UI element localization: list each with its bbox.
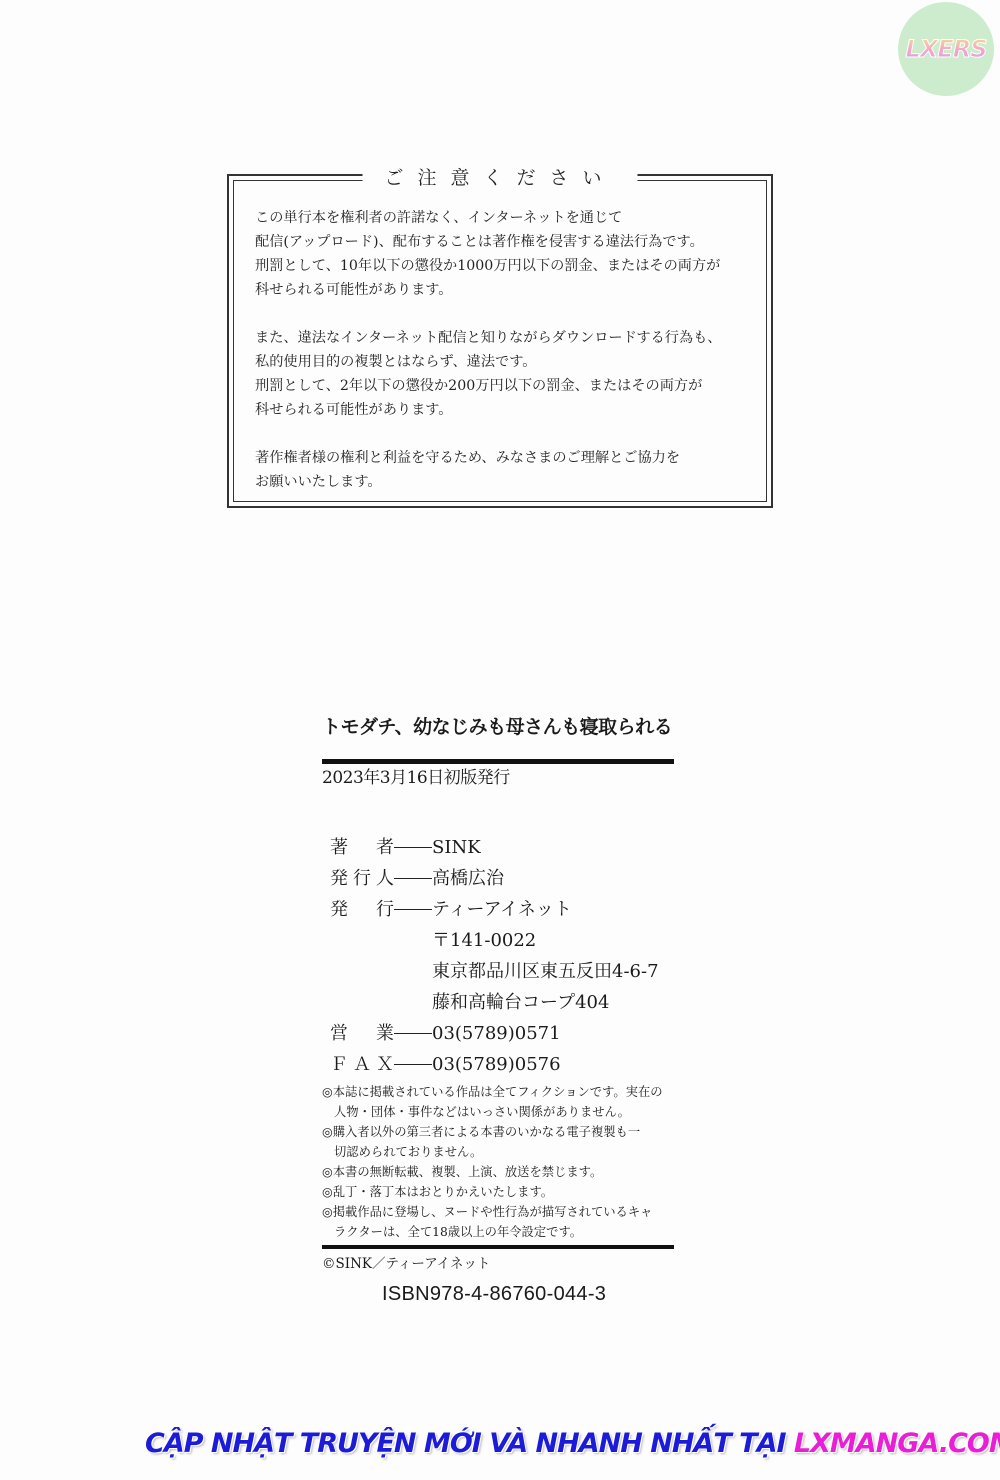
address-building: 藤和高輪台コープ404: [322, 987, 674, 1018]
contact-label: ＦＡＸ: [322, 1049, 394, 1080]
credit-value: 高橋広治: [432, 863, 504, 894]
promo-site-link[interactable]: LXMANGA.COM: [794, 1428, 1000, 1459]
note-reproduction: ◎本書の無断転載、複製、上演、放送を禁じます。: [322, 1162, 674, 1182]
dash-divider: [394, 909, 432, 910]
credits-list: 著 者 SINK 発行人 高橋広治 発 行 ティーアイネット 〒141-0022…: [322, 832, 674, 1080]
contact-row-sales: 営 業 03(5789)0571: [322, 1018, 674, 1049]
note-fiction-cont: 人物・団体・事件などはいっさい関係がありません。: [322, 1102, 674, 1122]
notice-line: また、違法なインターネット配信と知りながらダウンロードする行為も、: [255, 326, 761, 350]
notice-line: 著作権者様の権利と利益を守るため、みなさまのご理解とご協力を: [255, 446, 761, 470]
credit-label: 著 者: [322, 832, 394, 863]
credit-value: SINK: [432, 832, 481, 863]
promo-banner-text: CẬP NHẬT TRUYỆN MỚI VÀ NHANH NHẤT TẠI: [145, 1428, 794, 1459]
dash-divider: [394, 1033, 432, 1034]
credit-row-publisher: 発 行 ティーアイネット: [322, 894, 674, 925]
notice-title: ご注意ください: [362, 163, 637, 190]
legal-notes: ◎本誌に掲載されている作品は全てフィクションです。実在の 人物・団体・事件などは…: [322, 1082, 674, 1242]
publication-date: 2023年3月16日初版発行: [322, 766, 674, 790]
credit-value: ティーアイネット: [432, 894, 572, 925]
notice-paragraph-upload: この単行本を権利者の許諾なく、インターネットを通じて 配信(アップロード)、配布…: [255, 206, 761, 302]
note-misprint: ◎乱丁・落丁本はおとりかえいたします。: [322, 1182, 674, 1202]
note-age: ◎掲載作品に登場し、ヌードや性行為が描写されているキャ: [322, 1202, 674, 1222]
contact-row-fax: ＦＡＸ 03(5789)0576: [322, 1049, 674, 1080]
notice-paragraph-request: 著作権者様の権利と利益を守るため、みなさまのご理解とご協力を お願いいたします。: [255, 446, 761, 494]
notice-line: 科せられる可能性があります。: [255, 278, 761, 302]
watermark-logo: LXERS: [898, 2, 994, 96]
watermark-logo-text: LXERS: [906, 35, 987, 63]
address-postal-code: 〒141-0022: [322, 925, 674, 956]
note-digital-copy: ◎購入者以外の第三者による本書のいかなる電子複製も一: [322, 1122, 674, 1142]
notice-body: この単行本を権利者の許諾なく、インターネットを通じて 配信(アップロード)、配布…: [255, 206, 761, 494]
note-age-cont: ラクターは、全て18歳以上の年令設定です。: [322, 1222, 674, 1242]
notice-line: お願いいたします。: [255, 470, 761, 494]
note-fiction: ◎本誌に掲載されている作品は全てフィクションです。実在の: [322, 1082, 674, 1102]
address-street: 東京都品川区東五反田4-6-7: [322, 956, 674, 987]
credit-row-publisher-person: 発行人 高橋広治: [322, 863, 674, 894]
note-digital-copy-cont: 切認められておりません。: [322, 1142, 674, 1162]
isbn: ISBN978-4-86760-044-3: [322, 1283, 674, 1306]
dash-divider: [394, 847, 432, 848]
notice-paragraph-download: また、違法なインターネット配信と知りながらダウンロードする行為も、 私的使用目的…: [255, 326, 761, 422]
credit-label: 発行人: [322, 863, 394, 894]
divider-top: [322, 759, 674, 764]
promo-banner: CẬP NHẬT TRUYỆN MỚI VÀ NHANH NHẤT TẠI LX…: [145, 1428, 865, 1468]
credit-label: 発 行: [322, 894, 394, 925]
contact-value: 03(5789)0571: [432, 1018, 561, 1049]
copyright-line: ©SINK／ティーアイネット: [322, 1253, 674, 1275]
dash-divider: [394, 1064, 432, 1065]
colophon: トモダチ、幼なじみも母さんも寝取られる 2023年3月16日初版発行 著 者 S…: [322, 712, 674, 1306]
dash-divider: [394, 878, 432, 879]
book-title: トモダチ、幼なじみも母さんも寝取られる: [322, 712, 674, 742]
divider-bottom: [322, 1245, 674, 1249]
notice-line: 配信(アップロード)、配布することは著作権を侵害する違法行為です。: [255, 230, 761, 254]
copyright-notice-box: ご注意ください この単行本を権利者の許諾なく、インターネットを通じて 配信(アッ…: [227, 174, 773, 508]
notice-line: 科せられる可能性があります。: [255, 398, 761, 422]
notice-line: この単行本を権利者の許諾なく、インターネットを通じて: [255, 206, 761, 230]
contact-label: 営 業: [322, 1018, 394, 1049]
notice-line: 刑罰として、2年以下の懲役か200万円以下の罰金、またはその両方が: [255, 374, 761, 398]
credit-row-author: 著 者 SINK: [322, 832, 674, 863]
notice-line: 私的使用目的の複製とはならず、違法です。: [255, 350, 761, 374]
contact-value: 03(5789)0576: [432, 1049, 561, 1080]
notice-line: 刑罰として、10年以下の懲役か1000万円以下の罰金、またはその両方が: [255, 254, 761, 278]
